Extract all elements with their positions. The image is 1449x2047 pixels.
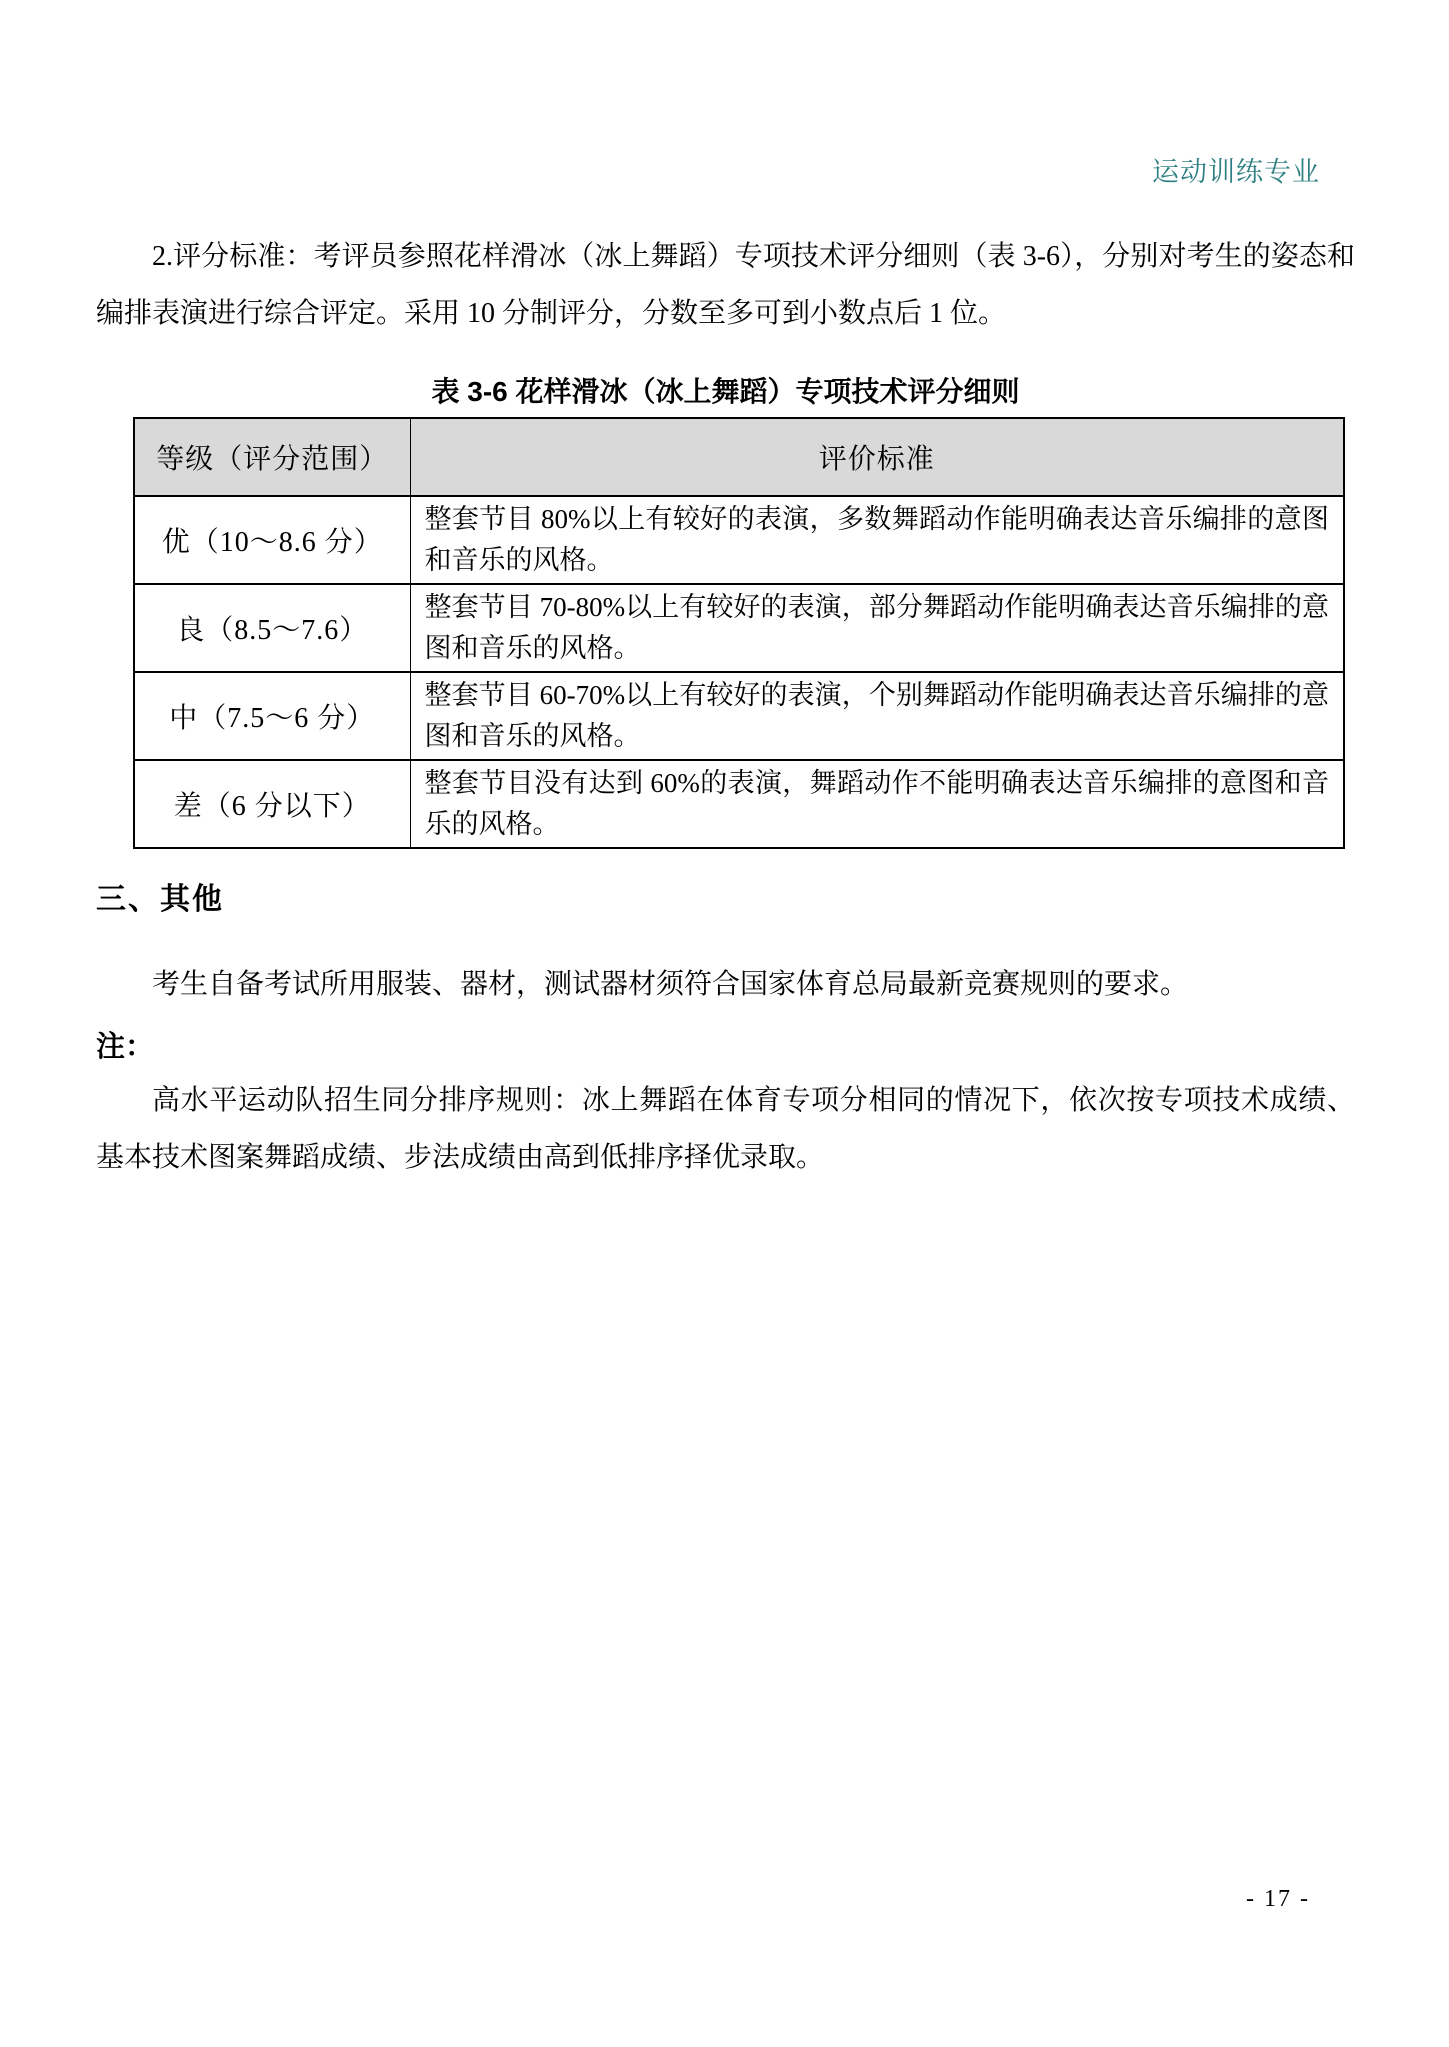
criteria-cell: 整套节目 80%以上有较好的表演，多数舞蹈动作能明确表达音乐编排的意图和音乐的风… [410,496,1344,584]
grade-cell: 优（10～8.6 分） [134,496,410,584]
intro-paragraph: 2.评分标准：考评员参照花样滑冰（冰上舞蹈）专项技术评分细则（表 3-6），分别… [96,228,1355,342]
document-page: 运动训练专业 2.评分标准：考评员参照花样滑冰（冰上舞蹈）专项技术评分细则（表 … [0,0,1449,2047]
criteria-cell: 整套节目 70-80%以上有较好的表演，部分舞蹈动作能明确表达音乐编排的意图和音… [410,584,1344,672]
table-row: 差（6 分以下） 整套节目没有达到 60%的表演，舞蹈动作不能明确表达音乐编排的… [134,760,1344,848]
column-header-criteria: 评价标准 [410,418,1344,496]
note-label: 注： [96,1024,154,1065]
criteria-cell: 整套节目 60-70%以上有较好的表演，个别舞蹈动作能明确表达音乐编排的意图和音… [410,672,1344,760]
table-caption: 表 3-6 花样滑冰（冰上舞蹈）专项技术评分细则 [96,370,1355,410]
note-paragraph: 高水平运动队招生同分排序规则：冰上舞蹈在体育专项分相同的情况下，依次按专项技术成… [96,1072,1355,1186]
grade-cell: 良（8.5～7.6） [134,584,410,672]
score-table: 等级（评分范围） 评价标准 优（10～8.6 分） 整套节目 80%以上有较好的… [133,417,1345,849]
table-row: 良（8.5～7.6） 整套节目 70-80%以上有较好的表演，部分舞蹈动作能明确… [134,584,1344,672]
column-header-grade: 等级（评分范围） [134,418,410,496]
running-head: 运动训练专业 [1152,152,1320,192]
page-number: - 17 - [1246,1886,1310,1913]
other-paragraph: 考生自备考试所用服装、器材，测试器材须符合国家体育总局最新竞赛规则的要求。 [96,956,1355,1013]
table-header-row: 等级（评分范围） 评价标准 [134,418,1344,496]
criteria-cell: 整套节目没有达到 60%的表演，舞蹈动作不能明确表达音乐编排的意图和音乐的风格。 [410,760,1344,848]
section-heading-other: 三、其他 [96,874,224,918]
grade-cell: 差（6 分以下） [134,760,410,848]
grade-cell: 中（7.5～6 分） [134,672,410,760]
table-row: 优（10～8.6 分） 整套节目 80%以上有较好的表演，多数舞蹈动作能明确表达… [134,496,1344,584]
table-row: 中（7.5～6 分） 整套节目 60-70%以上有较好的表演，个别舞蹈动作能明确… [134,672,1344,760]
